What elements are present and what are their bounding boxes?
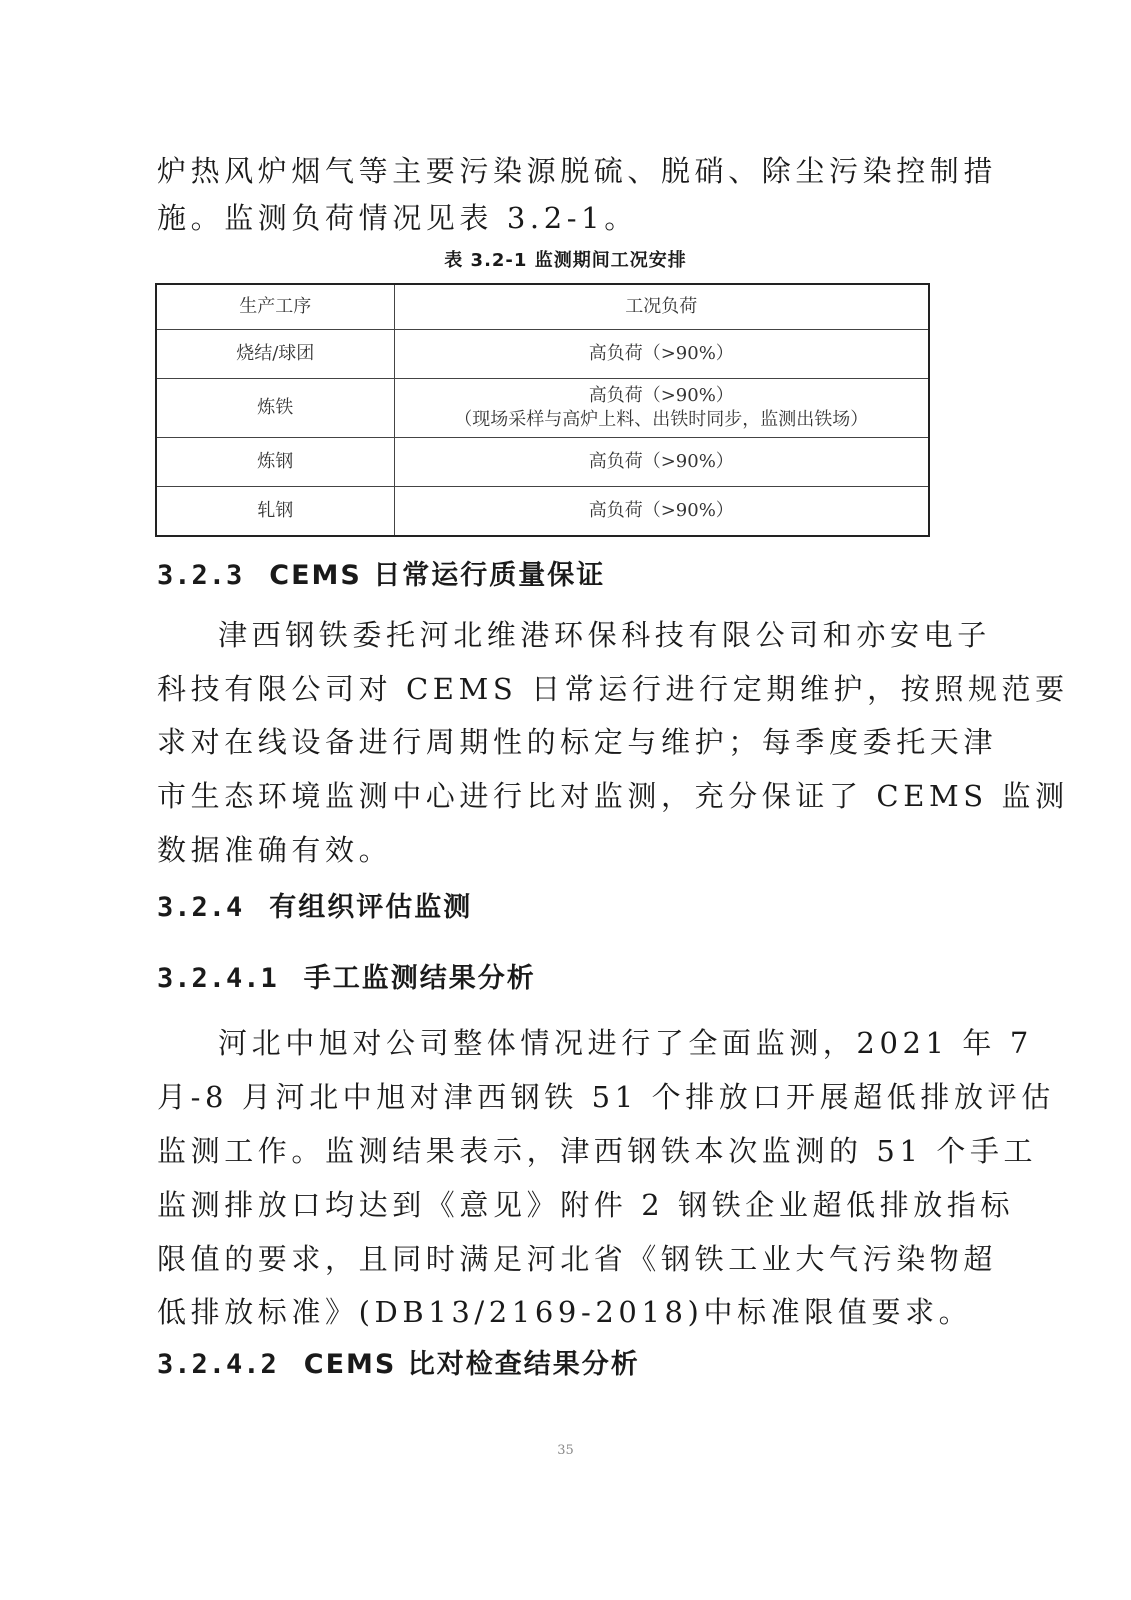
table-row: 炼钢 高负荷（>90%）	[156, 438, 929, 487]
paragraph-line: 河北中旭对公司整体情况进行了全面监测，2021 年 7	[218, 1025, 1033, 1061]
load-value: 高负荷（>90%）	[395, 384, 929, 408]
section-title: CEMS 日常运行质量保证	[269, 560, 605, 591]
cell-load: 高负荷（>90%）	[394, 487, 929, 537]
paragraph-line: 监测排放口均达到《意见》附件 2 钢铁企业超低排放指标	[157, 1187, 1014, 1223]
paragraph-line: 炉热风炉烟气等主要污染源脱硫、脱硝、除尘污染控制措	[157, 153, 997, 189]
header-load: 工况负荷	[394, 284, 929, 330]
paragraph-line: 限值的要求，且同时满足河北省《钢铁工业大气污染物超	[157, 1241, 997, 1277]
paragraph-line: 施。监测负荷情况见表 3.2-1。	[157, 200, 638, 236]
section-number: 3.2.4.2	[157, 1349, 278, 1380]
cell-process: 烧结/球团	[156, 330, 394, 379]
section-title: 手工监测结果分析	[304, 963, 536, 994]
section-heading-3-2-4-1: 3.2.4.1手工监测结果分析	[157, 956, 536, 995]
load-table: 生产工序 工况负荷 烧结/球团 高负荷（>90%） 炼铁 高负荷（>90%） （…	[155, 283, 930, 537]
cell-load: 高负荷（>90%）	[394, 438, 929, 487]
section-number: 3.2.4.1	[157, 963, 278, 994]
document-page: 炉热风炉烟气等主要污染源脱硫、脱硝、除尘污染控制措 施。监测负荷情况见表 3.2…	[0, 0, 1131, 1600]
cell-process: 炼铁	[156, 379, 394, 438]
header-process: 生产工序	[156, 284, 394, 330]
paragraph-line: 市生态环境监测中心进行比对监测，充分保证了 CEMS 监测	[157, 778, 1069, 814]
paragraph-line: 津西钢铁委托河北维港环保科技有限公司和亦安电子	[218, 617, 991, 653]
table-row: 炼铁 高负荷（>90%） （现场采样与高炉上料、出铁时同步，监测出铁场）	[156, 379, 929, 438]
table-row: 轧钢 高负荷（>90%）	[156, 487, 929, 537]
page-number: 35	[0, 1443, 1131, 1458]
paragraph-line: 科技有限公司对 CEMS 日常运行进行定期维护，按照规范要	[157, 671, 1069, 707]
cell-process: 轧钢	[156, 487, 394, 537]
table-caption: 表 3.2-1 监测期间工况安排	[0, 246, 1131, 272]
section-title: 有组织评估监测	[269, 892, 472, 923]
table-row: 烧结/球团 高负荷（>90%）	[156, 330, 929, 379]
paragraph-line: 求对在线设备进行周期性的标定与维护；每季度委托天津	[157, 724, 997, 760]
load-note: （现场采样与高炉上料、出铁时同步，监测出铁场）	[395, 408, 929, 432]
section-heading-3-2-4: 3.2.4有组织评估监测	[157, 885, 472, 924]
section-title: CEMS 比对检查结果分析	[304, 1349, 640, 1380]
paragraph-line: 低排放标准》(DB13/2169-2018)中标准限值要求。	[157, 1294, 972, 1330]
section-heading-3-2-4-2: 3.2.4.2CEMS 比对检查结果分析	[157, 1342, 640, 1381]
table-header-row: 生产工序 工况负荷	[156, 284, 929, 330]
cell-load: 高负荷（>90%） （现场采样与高炉上料、出铁时同步，监测出铁场）	[394, 379, 929, 438]
cell-process: 炼钢	[156, 438, 394, 487]
section-number: 3.2.3	[157, 560, 243, 591]
section-number: 3.2.4	[157, 892, 243, 923]
cell-load: 高负荷（>90%）	[394, 330, 929, 379]
paragraph-line: 监测工作。监测结果表示，津西钢铁本次监测的 51 个手工	[157, 1133, 1037, 1169]
section-heading-3-2-3: 3.2.3CEMS 日常运行质量保证	[157, 553, 605, 592]
paragraph-line: 数据准确有效。	[157, 832, 392, 868]
paragraph-line: 月-8 月河北中旭对津西钢铁 51 个排放口开展超低排放评估	[157, 1079, 1055, 1115]
